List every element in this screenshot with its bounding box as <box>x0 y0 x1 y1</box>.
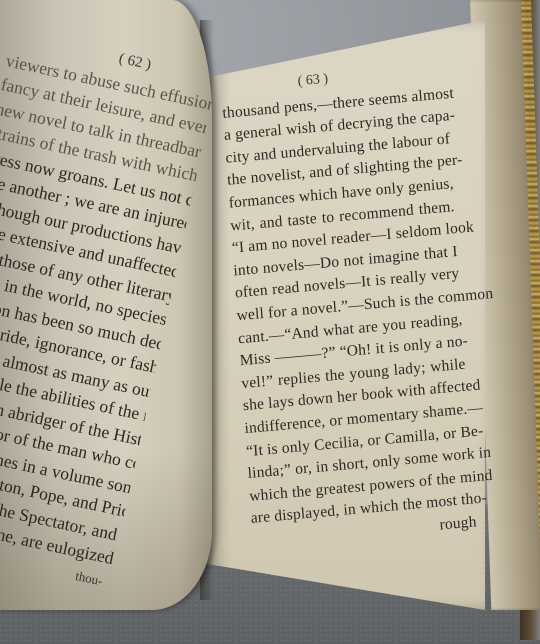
book-photo-scene: ( 63 ) thousand pens,—there seems almost… <box>0 0 540 644</box>
right-page-text: ( 63 ) thousand pens,—there seems almost… <box>220 58 477 553</box>
